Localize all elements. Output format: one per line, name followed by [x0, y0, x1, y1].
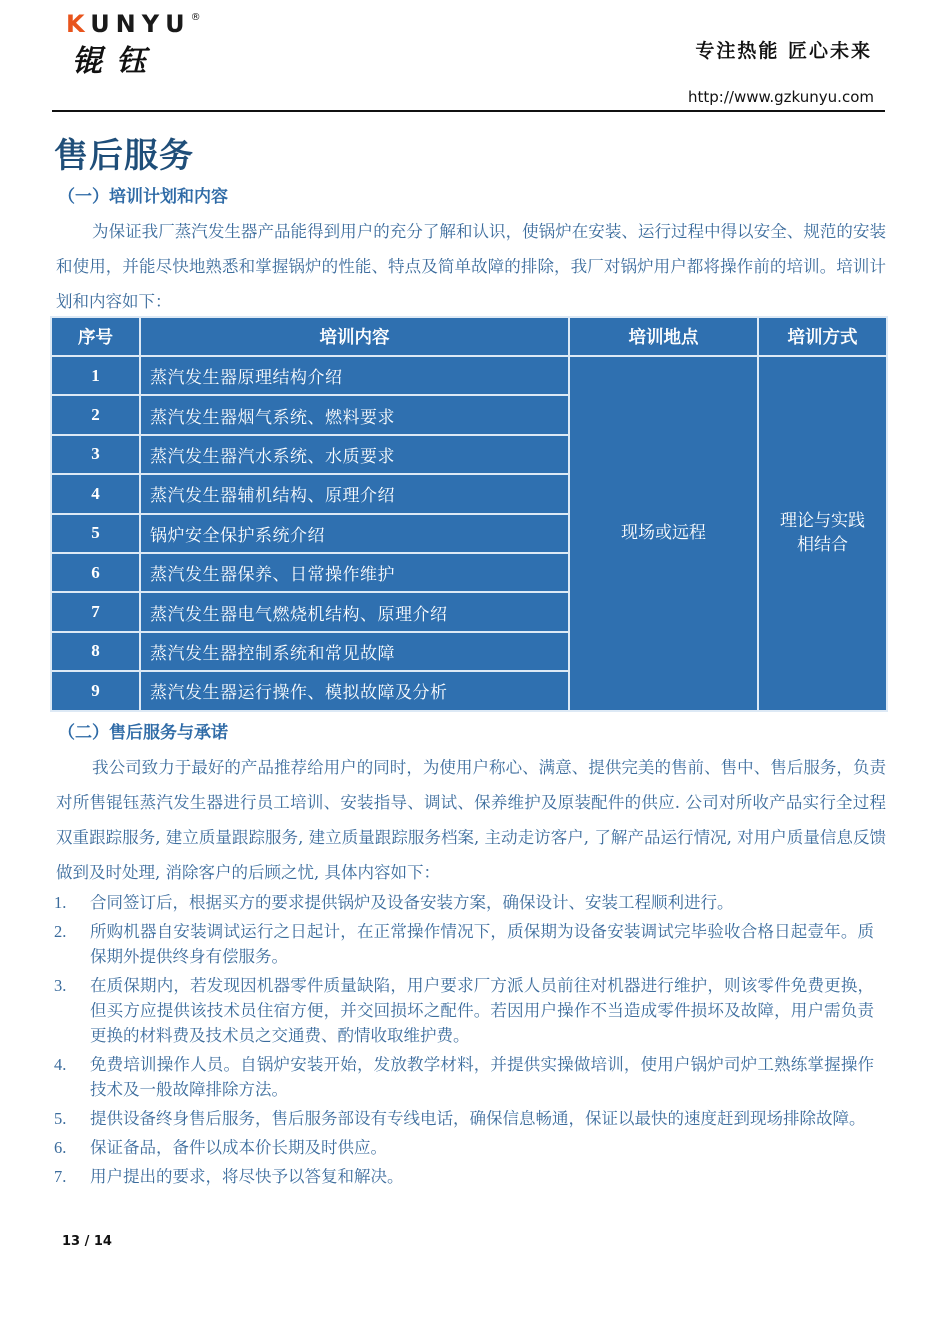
row-number: 6	[51, 553, 140, 592]
training-intro-text: 为保证我厂蒸汽发生器产品能得到用户的充分了解和认识，使锅炉在安装、运行过程中得以…	[56, 222, 886, 311]
training-method: 理论与实践相结合	[758, 356, 887, 711]
list-number: 1.	[54, 890, 66, 915]
after-sales-intro-paragraph: 我公司致力于最好的产品推荐给用户的同时，为使用户称心、满意、提供完美的售前、售中…	[56, 750, 886, 890]
list-text: 用户提出的要求，将尽快予以答复和解决。	[90, 1167, 404, 1186]
row-number: 4	[51, 474, 140, 513]
col-header-content: 培训内容	[140, 317, 569, 356]
list-text: 保证备品，备件以成本价长期及时供应。	[90, 1138, 387, 1157]
row-number: 5	[51, 514, 140, 553]
list-text: 所购机器自安装调试运行之日起计，在正常操作情况下，质保期为设备安装调试完毕验收合…	[90, 922, 874, 966]
row-content: 蒸汽发生器电气燃烧机结构、原理介绍	[140, 592, 569, 631]
row-content: 蒸汽发生器运行操作、模拟故障及分析	[140, 671, 569, 710]
list-item: 1.合同签订后，根据买方的要求提供锅炉及设备安装方案，确保设计、安装工程顺利进行…	[54, 890, 874, 915]
list-item: 7.用户提出的要求，将尽快予以答复和解决。	[54, 1164, 874, 1189]
list-text: 合同签订后，根据买方的要求提供锅炉及设备安装方案，确保设计、安装工程顺利进行。	[90, 893, 734, 912]
logo-wordmark-text: UNYU	[90, 10, 190, 38]
training-method-line1: 理论与实践	[780, 511, 865, 531]
row-number: 3	[51, 435, 140, 474]
section-heading-training: （一）培训计划和内容	[58, 182, 228, 207]
row-number: 8	[51, 632, 140, 671]
list-item: 3.在质保期内，若发现因机器零件质量缺陷，用户要求厂方派人员前往对机器进行维护，…	[54, 973, 874, 1048]
registered-mark: ®	[191, 12, 201, 23]
list-item: 6.保证备品，备件以成本价长期及时供应。	[54, 1135, 874, 1160]
row-number: 2	[51, 395, 140, 434]
list-text: 免费培训操作人员。自锅炉安装开始，发放教学材料，并提供实操做培训，使用户锅炉司炉…	[90, 1055, 874, 1099]
col-header-method: 培训方式	[758, 317, 887, 356]
page-title: 售后服务	[54, 128, 194, 177]
row-number: 9	[51, 671, 140, 710]
row-content: 蒸汽发生器汽水系统、水质要求	[140, 435, 569, 474]
list-item: 5.提供设备终身售后服务，售后服务部设有专线电话，确保信息畅通，保证以最快的速度…	[54, 1106, 874, 1131]
section-heading-after-sales: （二）售后服务与承诺	[58, 718, 228, 743]
list-number: 5.	[54, 1106, 66, 1131]
row-number: 7	[51, 592, 140, 631]
list-item: 4.免费培训操作人员。自锅炉安装开始，发放教学材料，并提供实操做培训，使用户锅炉…	[54, 1052, 874, 1102]
header-slogan: 专注热能 匠心未来	[695, 36, 872, 63]
col-header-location: 培训地点	[569, 317, 758, 356]
list-number: 4.	[54, 1052, 66, 1077]
header-divider	[52, 110, 885, 112]
row-content: 蒸汽发生器控制系统和常见故障	[140, 632, 569, 671]
table-row: 1 蒸汽发生器原理结构介绍 现场或远程 理论与实践相结合	[51, 356, 887, 395]
table-header-row: 序号 培训内容 培训地点 培训方式	[51, 317, 887, 356]
training-method-line2: 相结合	[797, 535, 848, 555]
training-location: 现场或远程	[569, 356, 758, 711]
logo-k-mark: K	[66, 10, 90, 38]
commitment-list: 1.合同签订后，根据买方的要求提供锅炉及设备安装方案，确保设计、安装工程顺利进行…	[54, 890, 874, 1193]
list-number: 2.	[54, 919, 66, 944]
page-number: 13 / 14	[62, 1234, 112, 1249]
row-number: 1	[51, 356, 140, 395]
col-header-number: 序号	[51, 317, 140, 356]
list-text: 在质保期内，若发现因机器零件质量缺陷，用户要求厂方派人员前往对机器进行维护，则该…	[90, 976, 874, 1045]
training-intro-paragraph: 为保证我厂蒸汽发生器产品能得到用户的充分了解和认识，使锅炉在安装、运行过程中得以…	[56, 214, 886, 319]
row-content: 锅炉安全保护系统介绍	[140, 514, 569, 553]
logo-chinese: 锟钰	[72, 36, 160, 80]
row-content: 蒸汽发生器烟气系统、燃料要求	[140, 395, 569, 434]
list-text: 提供设备终身售后服务，售后服务部设有专线电话，确保信息畅通，保证以最快的速度赶到…	[90, 1109, 866, 1128]
after-sales-intro-text: 我公司致力于最好的产品推荐给用户的同时，为使用户称心、满意、提供完美的售前、售中…	[56, 758, 886, 882]
list-number: 3.	[54, 973, 66, 998]
list-number: 7.	[54, 1164, 66, 1189]
row-content: 蒸汽发生器辅机结构、原理介绍	[140, 474, 569, 513]
training-table: 序号 培训内容 培训地点 培训方式 1 蒸汽发生器原理结构介绍 现场或远程 理论…	[50, 316, 888, 712]
row-content: 蒸汽发生器原理结构介绍	[140, 356, 569, 395]
header-url[interactable]: http://www.gzkunyu.com	[688, 88, 874, 106]
logo-wordmark: KUNYU®	[66, 10, 201, 38]
list-number: 6.	[54, 1135, 66, 1160]
row-content: 蒸汽发生器保养、日常操作维护	[140, 553, 569, 592]
list-item: 2.所购机器自安装调试运行之日起计，在正常操作情况下，质保期为设备安装调试完毕验…	[54, 919, 874, 969]
